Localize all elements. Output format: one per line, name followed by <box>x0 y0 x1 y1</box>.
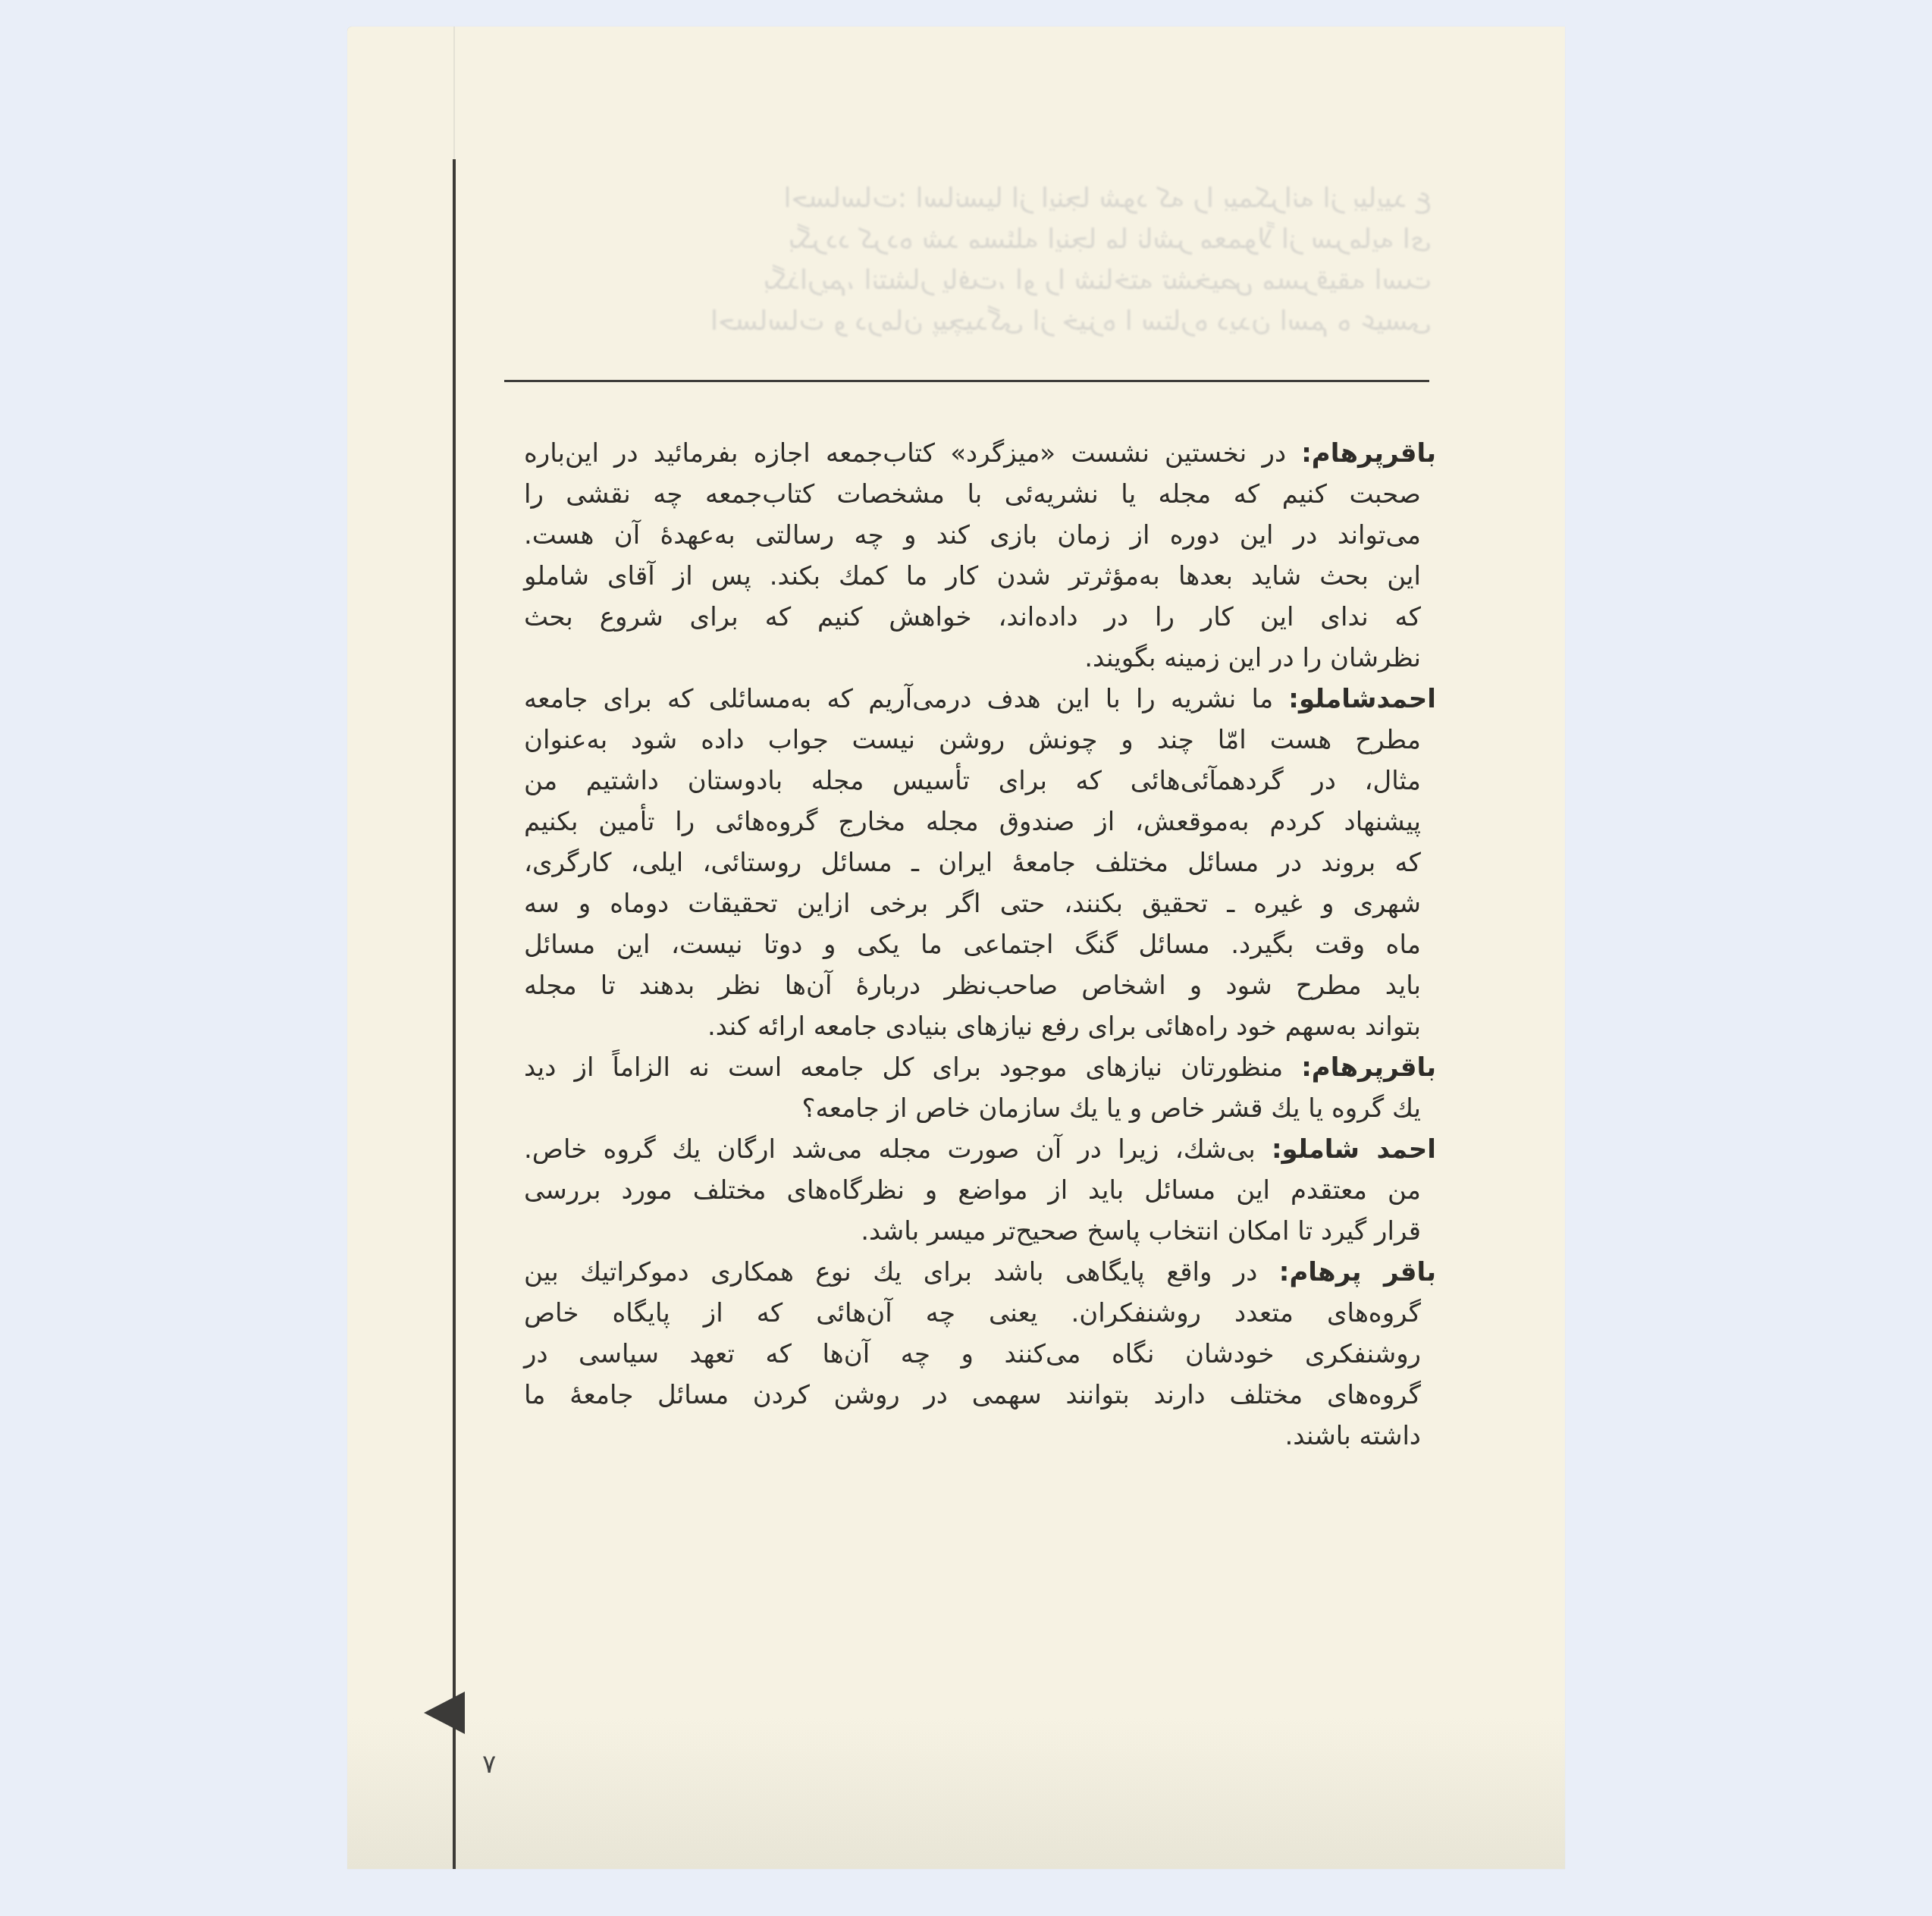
text-line: باید مطرح شود و اشخاص صاحب‌نظر دربارهٔ آ… <box>524 965 1436 1006</box>
text-line: ماه وقت بگیرد. مسائل گنگ اجتماعی ما یکی … <box>524 924 1436 965</box>
dialogue-paragraph: احمد شاملو: بی‌شك، زیرا در آن صورت مجله … <box>524 1129 1436 1252</box>
text-line: احمد شاملو: بی‌شك، زیرا در آن صورت مجله … <box>524 1129 1436 1170</box>
text-line: باقرپرهام: در نخستین نشست «میزگرد» کتاب‌… <box>524 433 1436 474</box>
text-line: گروه‌های مختلف دارند بتوانند سهمی در روش… <box>524 1375 1436 1416</box>
text-line: نظرشان را در این زمینه بگویند. <box>524 638 1436 679</box>
text-line: باقر پرهام: در واقع پایگاهی باشد برای یك… <box>524 1252 1436 1293</box>
text-line: این بحث شاید بعدها به‌مؤثرتر شدن کار ما … <box>524 556 1436 597</box>
text-line: باقرپرهام: منظورتان نیازهای موجود برای ک… <box>524 1047 1436 1088</box>
text-line: روشنفکری خودشان نگاه می‌کنند و چه آن‌ها … <box>524 1334 1436 1375</box>
dialogue-paragraph: احمدشاملو: ما نشریه را با این هدف درمی‌آ… <box>524 679 1436 1047</box>
text-line: مطرح هست امّا چند و چونش روشن نیست جواب … <box>524 720 1436 760</box>
show-through-text: احساسات: اسانسیا از اینجا شود که را بیمک… <box>560 178 1432 342</box>
text-line: قرار گیرد تا امکان انتخاب پاسخ صحیح‌تر م… <box>524 1211 1436 1252</box>
text-line: صحبت کنیم که مجله یا نشریه‌ئی با مشخصات … <box>524 474 1436 515</box>
text-line: بتواند به‌سهم خود راه‌هائی برای رفع نیاز… <box>524 1006 1436 1047</box>
text-line: یك گروه یا یك قشر خاص و یا یك سازمان خاص… <box>524 1088 1436 1129</box>
page-shading <box>347 1717 1565 1869</box>
dialogue-paragraph: باقر پرهام: در واقع پایگاهی باشد برای یك… <box>524 1252 1436 1457</box>
text-line: که بروند در مسائل مختلف جامعهٔ ایران ـ م… <box>524 842 1436 883</box>
header-horizontal-rule <box>504 380 1429 382</box>
speaker-label: باقرپرهام: <box>1301 438 1436 469</box>
speaker-label: احمد شاملو: <box>1272 1134 1436 1165</box>
dialogue-paragraph: باقرپرهام: در نخستین نشست «میزگرد» کتاب‌… <box>524 433 1436 679</box>
text-line: مثال، در گردهمآئی‌هائی که برای تأسیس مجل… <box>524 760 1436 801</box>
text-line: داشته باشند. <box>524 1416 1436 1457</box>
text-line: می‌تواند در این دوره از زمان بازی کند و … <box>524 515 1436 556</box>
text-line: من معتقدم این مسائل باید از مواضع و نظرگ… <box>524 1170 1436 1211</box>
text-line: شهری و غیره ـ تحقیق بکنند، حتی اگر برخی … <box>524 883 1436 924</box>
margin-vertical-rule <box>453 159 456 1869</box>
speaker-label: باقر پرهام: <box>1279 1257 1436 1287</box>
speaker-label: احمدشاملو: <box>1288 684 1436 714</box>
dialogue-text: باقرپرهام: در نخستین نشست «میزگرد» کتاب‌… <box>524 433 1436 1457</box>
page-marker-arrow-icon <box>424 1692 465 1734</box>
text-line: احمدشاملو: ما نشریه را با این هدف درمی‌آ… <box>524 679 1436 720</box>
speaker-label: باقرپرهام: <box>1301 1052 1436 1083</box>
dialogue-paragraph: باقرپرهام: منظورتان نیازهای موجود برای ک… <box>524 1047 1436 1129</box>
book-page: احساسات: اسانسیا از اینجا شود که را بیمک… <box>347 27 1565 1869</box>
text-line: پیشنهاد کردم به‌موقعش، از صندوق مجله مخا… <box>524 801 1436 842</box>
text-line: که ندای این کار را در داده‌اند، خواهش کن… <box>524 597 1436 638</box>
text-line: گروه‌های متعدد روشنفکران. یعنی چه آن‌هائ… <box>524 1293 1436 1334</box>
page-number: ۷ <box>482 1749 496 1780</box>
